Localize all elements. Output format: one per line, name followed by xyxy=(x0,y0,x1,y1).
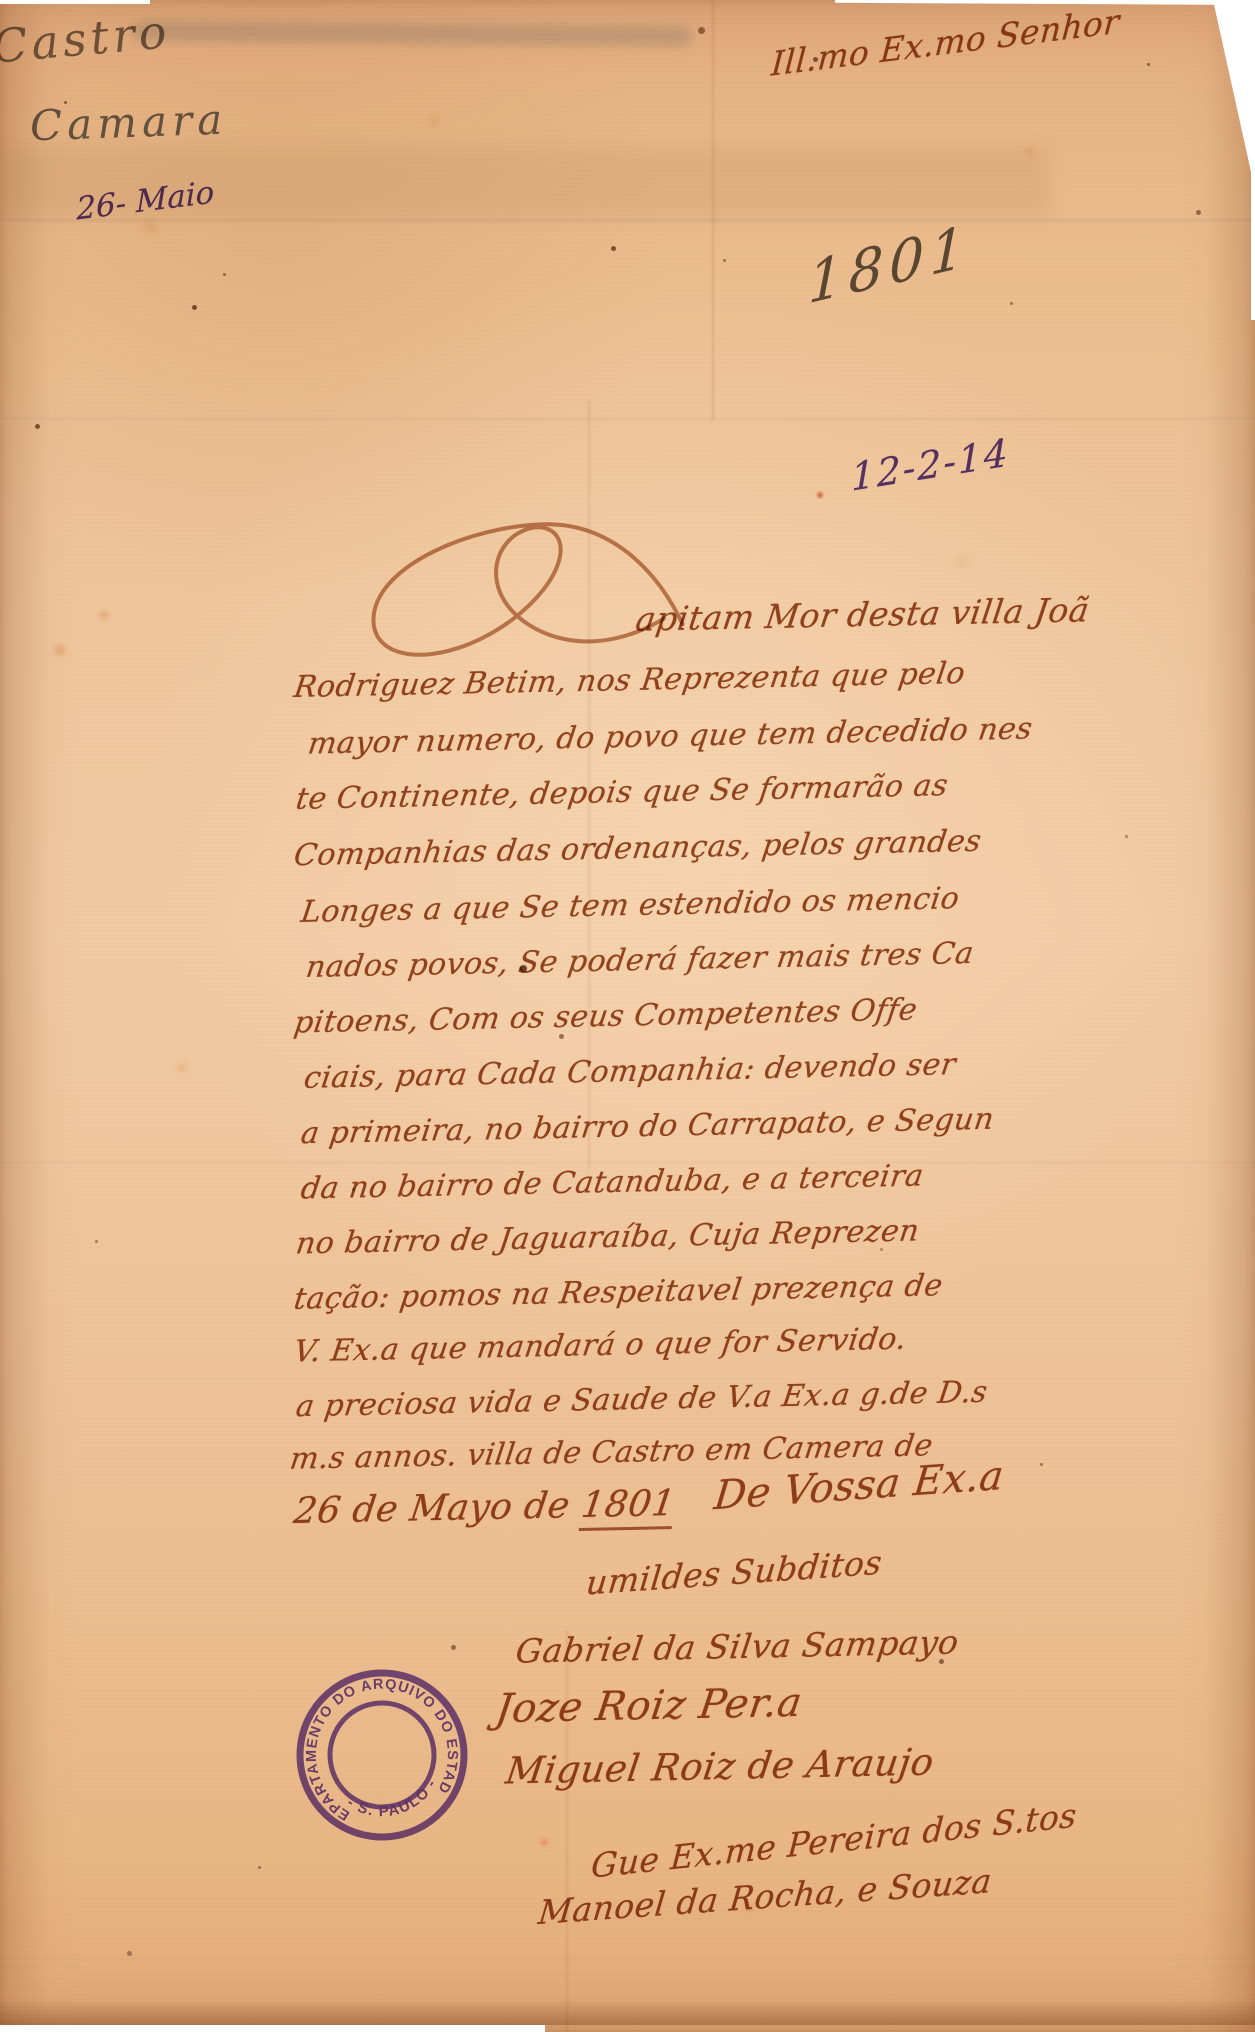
date-year-underlined: 1801 xyxy=(578,1483,678,1531)
scan-edge-bottom-left xyxy=(0,2025,545,2032)
fold-crease xyxy=(0,220,1255,223)
date-line: 26 de Mayo de 1801 xyxy=(292,1486,678,1530)
date-prefix: 26 de Mayo de xyxy=(291,1485,584,1532)
fold-crease xyxy=(0,1958,1255,1961)
bottom-edge-shadow xyxy=(0,1999,1255,2025)
scanned-letter-page: Castro Camara 26- Maio 1801 12-2-14 Ill.… xyxy=(0,0,1255,2032)
fold-crease xyxy=(0,418,1255,421)
paper-background: Castro Camara 26- Maio 1801 12-2-14 Ill.… xyxy=(0,0,1255,2032)
signature: Gabriel da Silva Sampayo xyxy=(514,1625,961,1667)
annotation-pencil-camara: Camara xyxy=(29,99,228,148)
body-line: apitam Mor desta villa Joã xyxy=(634,593,1092,636)
signature: Miguel Roiz de Araujo xyxy=(504,1743,937,1789)
scan-edge-right xyxy=(1251,0,1255,320)
signature: Joze Roiz Per.a xyxy=(493,1683,804,1730)
scan-edge-top-left xyxy=(0,0,150,4)
